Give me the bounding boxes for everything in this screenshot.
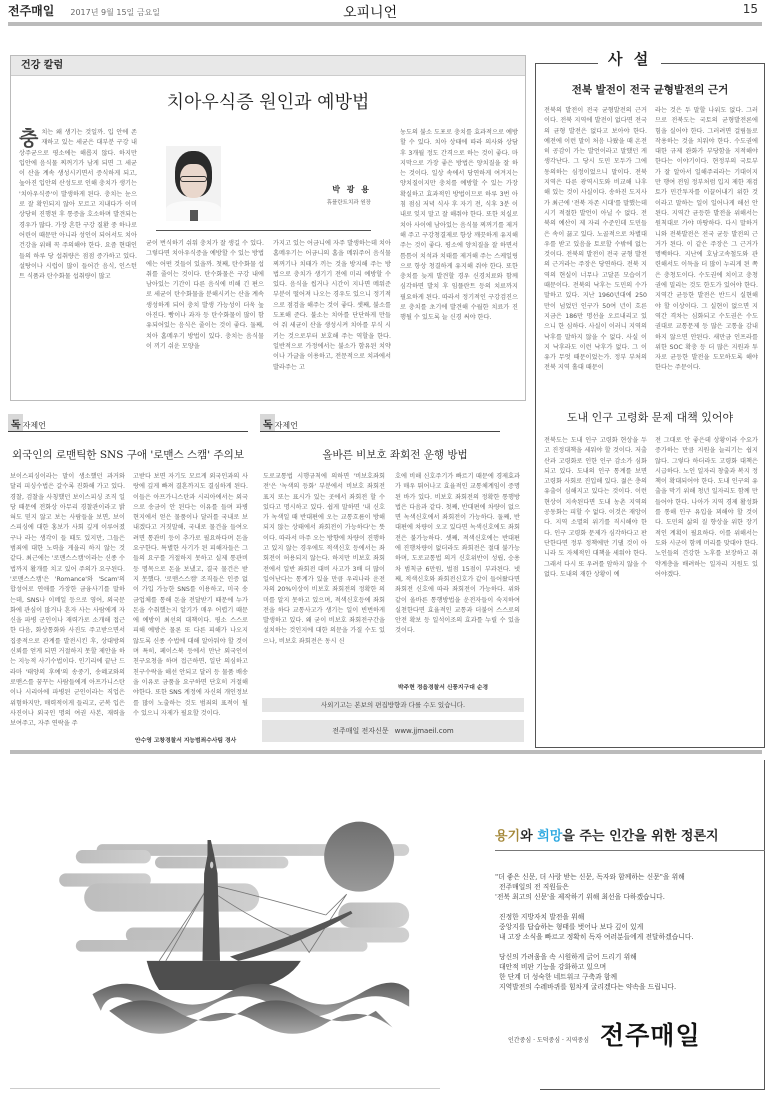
reader-2-text-1: 도로교통법 시행규칙에 의하면 '비보호좌회전'은 '녹색의 등화' 부분에서 … <box>263 472 385 694</box>
editorial-label: 사 설 <box>598 48 661 69</box>
masthead-logo: 전주매일 <box>8 2 54 24</box>
editorial-1-text-2: 라는 것은 두 말할 나위도 없다. 그러므로 전북도는 국토의 균형발전론에 … <box>655 106 758 396</box>
e-newspaper-url[interactable]: www.jjmaeil.com <box>395 727 454 735</box>
editorial-title-1: 전북 발전이 전국 균형발전의 근거 <box>536 82 764 97</box>
ad-slogan: 용기와 희망을 주는 인간을 위한 정론지 <box>495 825 719 844</box>
health-column: 건강 칼럼 치아우식증 원인과 예방법 충치는 왜 생기는 것일까. 입 안에 … <box>10 55 526 401</box>
health-column-text-2: 균이 번식하기 쉬워 충치가 잘 생길 수 있다. 그렇다면 치아우식증을 예방… <box>146 239 264 399</box>
reader-2-text-2: 호에 비해 신호주기가 빠르기 때문에 경제효과가 매우 뛰어나고 효율적인 교… <box>395 472 520 677</box>
reader-2-byline: 박주현 정읍경찰서 신풍지구대 순경 <box>398 682 488 691</box>
page-number: 15 <box>743 2 758 16</box>
reader-1-text-1: 보이스피싱이라는 말이 생소했던 과거와 달리 피싱수법은 갈수록 진화해 가고… <box>10 472 125 736</box>
reader-header-initial: 독 <box>260 414 275 431</box>
health-column-title: 치아우식증 원인과 예방법 <box>11 88 525 114</box>
e-newspaper-banner: 전주매일 전자신문www.jjmaeil.com <box>262 720 524 742</box>
ad-paragraph-1: "더 좋은 신문, 더 사랑 받는 신문, 독자와 함께하는 신문"을 위해 전… <box>495 872 685 902</box>
reader-title-1: 외국인의 로맨틱한 SNS 구애 '로맨스 스캠' 주의보 <box>8 447 248 462</box>
reader-1-byline: 안수영 고창경찰서 지능범죄수사팀 경사 <box>135 735 236 744</box>
ad-slogan-divider <box>495 850 765 851</box>
ad-paragraph-2: 진정한 지방자치 발전을 위해 중앙지를 답습하는 형태를 벗어나 보다 깊이 … <box>499 912 694 942</box>
reader-1-text-2: 고받다 보면 자기도 모르게 외국인과의 사랑에 깊게 빠져 결혼까지도 결심하… <box>133 472 248 724</box>
editorial-disclaimer: 사외기고는 본보의 편집방향과 다를 수도 있습니다. <box>262 698 524 712</box>
section-divider <box>10 750 762 754</box>
author-photo <box>166 146 221 221</box>
reader-header-2: 독자제언 <box>260 414 500 432</box>
editorial-box: 사 설 전북 발전이 전국 균형발전의 근거 전북의 발전이 전국 균형발전의 … <box>535 63 765 748</box>
masthead-rule <box>8 22 762 26</box>
ad-footer-logo: 전주매일 <box>600 1016 701 1052</box>
dropcap: 충 <box>19 128 38 148</box>
editorial-2-text-1: 전북도는 도내 인구 고령화 현상을 두고 진정대책을 세워야 할 것이다. 저… <box>544 436 647 744</box>
author-title: 휴플란트치과 원장 <box>281 198 371 206</box>
reader-header-1: 독자제언 <box>8 414 248 432</box>
health-column-text-4: 농도의 불소 도포로 충치를 효과적으로 예방할 수 있다. 치아 상태에 따라… <box>400 128 518 400</box>
e-newspaper-label: 전주매일 전자신문 <box>332 727 388 735</box>
editorial-1-text-1: 전북의 발전이 전국 균형발전의 근거이다. 전북 지역에 발전이 없다면 전국… <box>544 106 647 396</box>
author-name: 박 광 용 <box>291 184 371 195</box>
editorial-2-text-2: 전 그대로 안 좋은데 상황이라 수요가 증가하는 만큼 지원을 늘리기는 쉽지… <box>655 436 758 744</box>
masthead: 전주매일 2017년 9월 15일 금요일 오피니언 15 <box>8 0 762 24</box>
health-column-header: 건강 칼럼 <box>11 56 525 76</box>
editorial-title-2: 도내 인구 고령화 문제 대책 있어야 <box>536 409 764 425</box>
ad-paragraph-3: 당신의 가려움을 속 시원하게 긁어 드리기 위해 대안적 비판 기능을 강화하… <box>499 952 676 992</box>
ship-illustration <box>20 815 440 1065</box>
illustration-baseline <box>10 1088 440 1089</box>
health-column-text-3: 가지고 있는 어금니에 자주 발생하는데 치아 홈메우기는 어금니의 홈을 메워… <box>273 239 391 399</box>
section-title: 오피니언 <box>343 2 397 22</box>
reader-header-initial: 독 <box>8 414 23 431</box>
ad-footer-tagline: 인간중심 · 도덕중심 · 지역중심 <box>508 1035 589 1044</box>
health-column-text-1: 충치는 왜 생기는 것일까. 입 안에 존재하고 있는 세균은 대부분 구강 내… <box>19 128 137 400</box>
reader-title-2: 올바른 비보호 좌회전 운행 방법 <box>260 447 530 462</box>
author-divider <box>156 230 371 231</box>
